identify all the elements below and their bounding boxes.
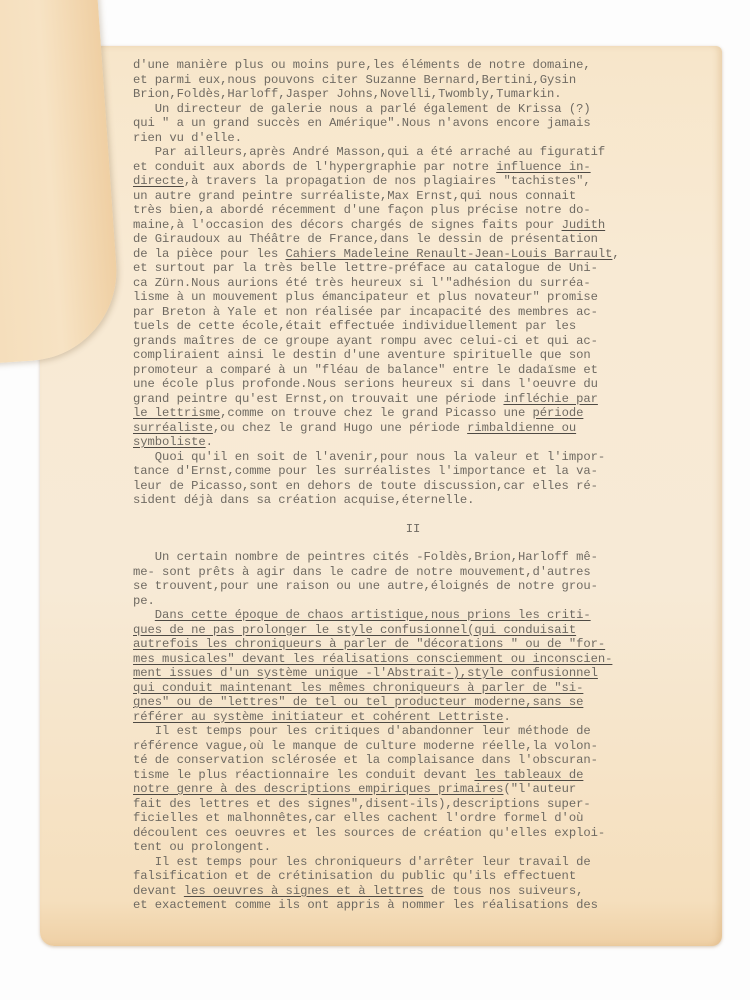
page-text: d'une manière plus ou moins pure,les élé…	[133, 58, 693, 913]
underlined-text: Cahiers Madeleine Renault-Jean-Louis Bar…	[286, 247, 613, 261]
text-line: le lettrisme,comme on trouve chez le gra…	[133, 406, 693, 421]
text-line: Dans cette époque de chaos artistique,no…	[133, 608, 693, 623]
text-segment: té de conservation sclérosée et la compl…	[133, 753, 598, 767]
text-segment: .	[503, 710, 510, 724]
text-line: grand peintre qu'est Ernst,on trouvait u…	[133, 392, 693, 407]
text-segment: de la pièce pour les	[133, 247, 286, 261]
text-line: référence vague,où le manque de culture …	[133, 739, 693, 754]
text-line: surréaliste,ou chez le grand Hugo une pé…	[133, 421, 693, 436]
text-segment: Un certain nombre de peintres cités -Fol…	[133, 550, 598, 564]
text-line: Il est temps pour les critiques d'abando…	[133, 724, 693, 739]
text-segment: et exactement comme ils ont appris à nom…	[133, 898, 598, 912]
text-segment: et conduit aux abords de l'hypergraphie …	[133, 160, 496, 174]
underlined-text: ment issues d'un système unique -l'Abstr…	[133, 666, 598, 680]
underlined-text: autrefois les chroniqueurs à parler de "…	[133, 637, 605, 651]
underlined-text: symboliste	[133, 435, 206, 449]
text-line: gnes" ou de "lettres" de tel ou tel prod…	[133, 695, 693, 710]
text-line: et parmi eux,nous pouvons citer Suzanne …	[133, 73, 693, 88]
text-segment: fait des lettres et des signes",disent-i…	[133, 797, 591, 811]
text-segment: falsification et de crétinisation du pub…	[133, 869, 576, 883]
text-line: ment issues d'un système unique -l'Abstr…	[133, 666, 693, 681]
underlined-text: directe	[133, 174, 184, 188]
text-segment: référence vague,où le manque de culture …	[133, 739, 598, 753]
underlined-text: le lettrisme	[133, 406, 220, 420]
text-segment: grand peintre qu'est Ernst,on trouvait u…	[133, 392, 503, 406]
text-segment: tuels de cette école,était effectuée ind…	[133, 319, 576, 333]
text-line: fait des lettres et des signes",disent-i…	[133, 797, 693, 812]
text-segment: devant	[133, 884, 184, 898]
text-segment: tisme le plus réactionnaire les conduit …	[133, 768, 474, 782]
text-line: et surtout par la très belle lettre-préf…	[133, 261, 693, 276]
text-segment: Quoi qu'il en soit de l'avenir,pour nous…	[133, 450, 605, 464]
text-line: qui " a un grand succès en Amérique".Nou…	[133, 116, 693, 131]
text-segment	[133, 608, 155, 622]
text-segment: ,à travers la propagation de nos plagiai…	[184, 174, 591, 188]
text-segment: ficielles et malhonnêtes,car elles cache…	[133, 811, 583, 825]
underlined-text: période	[533, 406, 584, 420]
text-line: falsification et de crétinisation du pub…	[133, 869, 693, 884]
text-line: sident déjà dans sa création acquise,éte…	[133, 493, 693, 508]
text-segment: .	[206, 435, 213, 449]
text-line: directe,à travers la propagation de nos …	[133, 174, 693, 189]
text-segment: de tous nos suiveurs,	[424, 884, 584, 898]
text-line: maine,à l'occasion des décors chargés de…	[133, 218, 693, 233]
text-segment: grands maîtres de ce groupe ayant rompu …	[133, 334, 598, 348]
text-line: tent ou prolongent.	[133, 840, 693, 855]
underlined-text: gnes" ou de "lettres" de tel ou tel prod…	[133, 695, 583, 709]
text-segment: Il est temps pour les chroniqueurs d'arr…	[133, 855, 591, 869]
text-line: découlent ces oeuvres et les sources de …	[133, 826, 693, 841]
text-segment: une école plus profonde.Nous serions heu…	[133, 377, 598, 391]
text-segment: compliraient ainsi le destin d'une avent…	[133, 348, 591, 362]
text-line: de Giraudoux au Théâtre de France,dans l…	[133, 232, 693, 247]
text-segment: très bien,a abordé récemment d'une façon…	[133, 203, 591, 217]
section-i-continuation: d'une manière plus ou moins pure,les élé…	[133, 58, 693, 508]
text-segment: découlent ces oeuvres et les sources de …	[133, 826, 605, 840]
text-segment: ,ou chez le grand Hugo une période	[213, 421, 467, 435]
text-line: Par ailleurs,après André Masson,qui a ét…	[133, 145, 693, 160]
text-line: lisme à un mouvement plus émancipateur e…	[133, 290, 693, 305]
underlined-text: les tableaux de	[474, 768, 583, 782]
text-line: té de conservation sclérosée et la compl…	[133, 753, 693, 768]
text-line: devant les oeuvres à signes et à lettres…	[133, 884, 693, 899]
underlined-text: qui conduit maintenant les mêmes chroniq…	[133, 681, 583, 695]
text-line: tisme le plus réactionnaire les conduit …	[133, 768, 693, 783]
text-line: autrefois les chroniqueurs à parler de "…	[133, 637, 693, 652]
text-segment: Brion,Foldès,Harloff,Jasper Johns,Novell…	[133, 87, 562, 101]
text-segment: promoteur a comparé à un "fléau de balan…	[133, 363, 598, 377]
text-line: très bien,a abordé récemment d'une façon…	[133, 203, 693, 218]
underlined-text: infléchie par	[503, 392, 597, 406]
text-line: un autre grand peintre surréaliste,Max E…	[133, 189, 693, 204]
text-segment: et parmi eux,nous pouvons citer Suzanne …	[133, 73, 576, 87]
text-line: symboliste.	[133, 435, 693, 450]
text-segment: Un directeur de galerie nous a parlé éga…	[133, 102, 591, 116]
text-line: tance d'Ernst,comme pour les surréaliste…	[133, 464, 693, 479]
underlined-text: ques de ne pas prolonger le style confus…	[133, 623, 576, 637]
text-line: ques de ne pas prolonger le style confus…	[133, 623, 693, 638]
text-segment: ,comme on trouve chez le grand Picasso u…	[220, 406, 532, 420]
text-line: rien vu d'elle.	[133, 131, 693, 146]
text-line: et exactement comme ils ont appris à nom…	[133, 898, 693, 913]
text-segment: et surtout par la très belle lettre-préf…	[133, 261, 598, 275]
text-line: de la pièce pour les Cahiers Madeleine R…	[133, 247, 693, 262]
text-line: par Breton à Yale et non réalisée par in…	[133, 305, 693, 320]
text-line: référer au système initiateur et cohéren…	[133, 710, 693, 725]
text-line: une école plus profonde.Nous serions heu…	[133, 377, 693, 392]
text-segment: de Giraudoux au Théâtre de France,dans l…	[133, 232, 598, 246]
text-segment: ,	[612, 247, 619, 261]
text-segment: ("l'auteur	[503, 782, 576, 796]
text-line: qui conduit maintenant les mêmes chroniq…	[133, 681, 693, 696]
underlined-text: Dans cette époque de chaos artistique,no…	[155, 608, 591, 622]
text-segment: un autre grand peintre surréaliste,Max E…	[133, 189, 576, 203]
underlined-text: influence in-	[496, 160, 590, 174]
text-line: ficielles et malhonnêtes,car elles cache…	[133, 811, 693, 826]
text-line: notre genre à des descriptions empirique…	[133, 782, 693, 797]
text-line: Un certain nombre de peintres cités -Fol…	[133, 550, 693, 565]
underlined-text: référer au système initiateur et cohéren…	[133, 710, 503, 724]
text-segment: Par ailleurs,après André Masson,qui a ét…	[133, 145, 605, 159]
underlined-text: notre genre à des descriptions empirique…	[133, 782, 503, 796]
text-segment: me- sont prêts à agir dans le cadre de n…	[133, 565, 591, 579]
text-line: me- sont prêts à agir dans le cadre de n…	[133, 565, 693, 580]
underlined-text: les oeuvres à signes et à lettres	[184, 884, 424, 898]
text-line: ca Zürn.Nous aurions été très heureux si…	[133, 276, 693, 291]
section-heading: II	[133, 522, 693, 537]
text-segment: par Breton à Yale et non réalisée par in…	[133, 305, 598, 319]
underlined-text: Judith	[562, 218, 606, 232]
text-line: grands maîtres de ce groupe ayant rompu …	[133, 334, 693, 349]
text-segment: Il est temps pour les critiques d'abando…	[133, 724, 591, 738]
text-line: pe.	[133, 594, 693, 609]
text-segment: lisme à un mouvement plus émancipateur e…	[133, 290, 598, 304]
underlined-text: rimbaldienne ou	[467, 421, 576, 435]
text-segment: se trouvent,pour une raison ou une autre…	[133, 579, 598, 593]
text-segment: tance d'Ernst,comme pour les surréaliste…	[133, 464, 598, 478]
text-line: et conduit aux abords de l'hypergraphie …	[133, 160, 693, 175]
text-line: tuels de cette école,était effectuée ind…	[133, 319, 693, 334]
text-line: mes musicales" devant les réalisations c…	[133, 652, 693, 667]
text-line: leur de Picasso,sont en dehors de toute …	[133, 479, 693, 494]
text-line: Un directeur de galerie nous a parlé éga…	[133, 102, 693, 117]
text-segment: d'une manière plus ou moins pure,les élé…	[133, 58, 591, 72]
text-line: Il est temps pour les chroniqueurs d'arr…	[133, 855, 693, 870]
text-segment: rien vu d'elle.	[133, 131, 242, 145]
text-line: compliraient ainsi le destin d'une avent…	[133, 348, 693, 363]
text-segment: qui " a un grand succès en Amérique".Nou…	[133, 116, 591, 130]
text-line: d'une manière plus ou moins pure,les élé…	[133, 58, 693, 73]
text-segment: tent ou prolongent.	[133, 840, 271, 854]
section-ii-body: Un certain nombre de peintres cités -Fol…	[133, 550, 693, 913]
text-segment: sident déjà dans sa création acquise,éte…	[133, 493, 474, 507]
text-segment: pe.	[133, 594, 155, 608]
underlined-text: surréaliste	[133, 421, 213, 435]
text-line: Brion,Foldès,Harloff,Jasper Johns,Novell…	[133, 87, 693, 102]
text-segment: maine,à l'occasion des décors chargés de…	[133, 218, 562, 232]
text-line: se trouvent,pour une raison ou une autre…	[133, 579, 693, 594]
text-line: promoteur a comparé à un "fléau de balan…	[133, 363, 693, 378]
text-line: Quoi qu'il en soit de l'avenir,pour nous…	[133, 450, 693, 465]
text-segment: ca Zürn.Nous aurions été très heureux si…	[133, 276, 591, 290]
text-segment: leur de Picasso,sont en dehors de toute …	[133, 479, 598, 493]
underlined-text: mes musicales" devant les réalisations c…	[133, 652, 612, 666]
